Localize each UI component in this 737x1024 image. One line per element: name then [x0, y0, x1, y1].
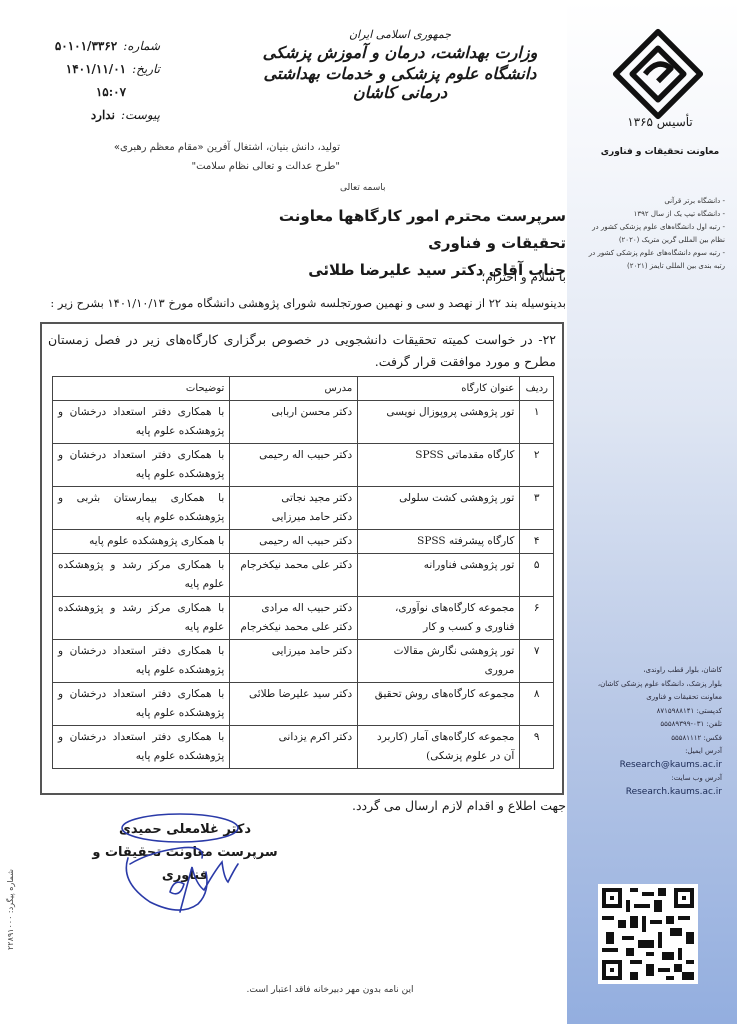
- table-row: ۵ تور پژوهشی فناورانه دکتر علی محمد نیکخ…: [53, 554, 554, 597]
- address-line: معاونت تحقیقات و فناوری: [582, 691, 722, 705]
- intro-paragraph: بدینوسیله بند ۲۲ از نهصد و سی و نهمین صو…: [40, 296, 566, 310]
- letter-date: تاریخ: ۱۴۰۱/۱۱/۰۱ ۱۵:۰۷: [40, 58, 160, 104]
- website-link[interactable]: Research.kaums.ac.ir: [582, 786, 722, 800]
- col-title: عنوان کارگاه: [358, 377, 520, 401]
- university-logo-icon: [612, 28, 704, 120]
- footer-note: این نامه بدون مهر دبیرخانه فاقد اعتبار ا…: [180, 985, 480, 995]
- workshops-table: ردیف عنوان کارگاه مدرس توضیحات ۱ تور پژو…: [52, 376, 554, 769]
- website-label: آدرس وب سایت:: [582, 772, 722, 786]
- letterhead-title: جمهوری اسلامی ایران وزارت بهداشت، درمان …: [250, 28, 550, 102]
- table-row: ۱ تور پژوهشی پروپوزال نویسی دکتر محسن ار…: [53, 401, 554, 444]
- closing-line: جهت اطلاع و اقدام لازم ارسال می گردد.: [250, 798, 566, 813]
- signature-icon: [110, 812, 260, 922]
- email-link[interactable]: Research@kaums.ac.ir: [582, 759, 722, 773]
- email-label: آدرس ایمیل:: [582, 745, 722, 759]
- bismillah: باسمه تعالی: [340, 183, 386, 193]
- table-row: ۲ کارگاه مقدماتی SPSS دکتر حبیب اله رحیم…: [53, 444, 554, 487]
- fax: فکس: ۵۵۵۸۱۱۱۲: [582, 732, 722, 746]
- greeting: با سلام و احترام؛: [300, 270, 566, 284]
- col-teacher: مدرس: [230, 377, 358, 401]
- letter-meta: شماره: ۵۰۱۰۱/۳۳۶۲ تاریخ: ۱۴۰۱/۱۱/۰۱ ۱۵:۰…: [40, 35, 160, 127]
- slogan-plan: "طرح عدالت و تعالی نظام سلامت": [40, 157, 340, 176]
- honor-item: - دانشگاه برتر قرآنی: [585, 195, 725, 208]
- country-name: جمهوری اسلامی ایران: [250, 28, 550, 41]
- resolution-box: ۲۲- در خواست کمیته تحقیقات دانشجویی در خ…: [40, 322, 564, 795]
- slogans: تولید، دانش بنیان، اشتغال آفرین «مقام مع…: [40, 138, 340, 176]
- letter-number: شماره: ۵۰۱۰۱/۳۳۶۲: [40, 35, 160, 58]
- table-row: ۴ کارگاه پیشرفته SPSS دکتر حبیب اله رحیم…: [53, 530, 554, 554]
- founded-year: تأسیس ۱۳۶۵: [600, 115, 720, 129]
- col-description: توضیحات: [53, 377, 230, 401]
- table-row: ۶ مجموعه کارگاه‌های نوآوری، فناوری و کسب…: [53, 597, 554, 640]
- honor-item: - دانشگاه تیپ یک از سال ۱۳۹۲: [585, 208, 725, 221]
- col-row-number: ردیف: [520, 377, 554, 401]
- table-header-row: ردیف عنوان کارگاه مدرس توضیحات: [53, 377, 554, 401]
- table-row: ۸ مجموعه کارگاه‌های روش تحقیق دکتر سید ع…: [53, 683, 554, 726]
- ministry-name: وزارت بهداشت، درمان و آموزش پزشکی: [250, 43, 550, 62]
- sidebar-vice-name: معاونت تحقیقات و فناوری: [595, 147, 725, 157]
- slogan-year: تولید، دانش بنیان، اشتغال آفرین «مقام مع…: [40, 138, 340, 157]
- table-row: ۳ تور پژوهشی کشت سلولی دکتر مجید نجاتیدک…: [53, 487, 554, 530]
- letter-attachment: پیوست: ندارد: [40, 104, 160, 127]
- table-row: ۷ تور پژوهشی نگارش مقالات مروری دکتر حام…: [53, 640, 554, 683]
- honors-list: - دانشگاه برتر قرآنی - دانشگاه تیپ یک از…: [585, 195, 725, 273]
- honor-item: - رتبه سوم دانشگاه‌های علوم پزشکی کشور د…: [585, 247, 725, 273]
- tracking-number: شماره پیگرد: ۲۲۸۹۱۰۰۰: [2, 840, 22, 960]
- recipient-position: سرپرست محترم امور کارگاهها معاونت تحقیقا…: [240, 203, 566, 257]
- contact-block: کاشان، بلوار قطب راوندی، بلوار پزشک، دان…: [582, 664, 722, 799]
- qr-code-icon: [598, 884, 698, 984]
- university-name: دانشگاه علوم پزشکی و خدمات بهداشتی درمان…: [250, 64, 550, 102]
- honor-item: - رتبه اول دانشگاه‌های علوم پزشکی کشور د…: [585, 221, 725, 247]
- address-line: بلوار پزشک، دانشگاه علوم پزشکی کاشان،: [582, 678, 722, 692]
- resolution-text: ۲۲- در خواست کمیته تحقیقات دانشجویی در خ…: [42, 324, 562, 373]
- table-row: ۹ مجموعه کارگاه‌های آمار (کاربرد آن در ع…: [53, 726, 554, 769]
- phone: تلفن: ۰۳۱-۵۵۵۸۹۳۹۹: [582, 718, 722, 732]
- address-line: کاشان، بلوار قطب راوندی،: [582, 664, 722, 678]
- postal-code: کدپستی: ۸۷۱۵۹۸۸۱۴۱: [582, 705, 722, 719]
